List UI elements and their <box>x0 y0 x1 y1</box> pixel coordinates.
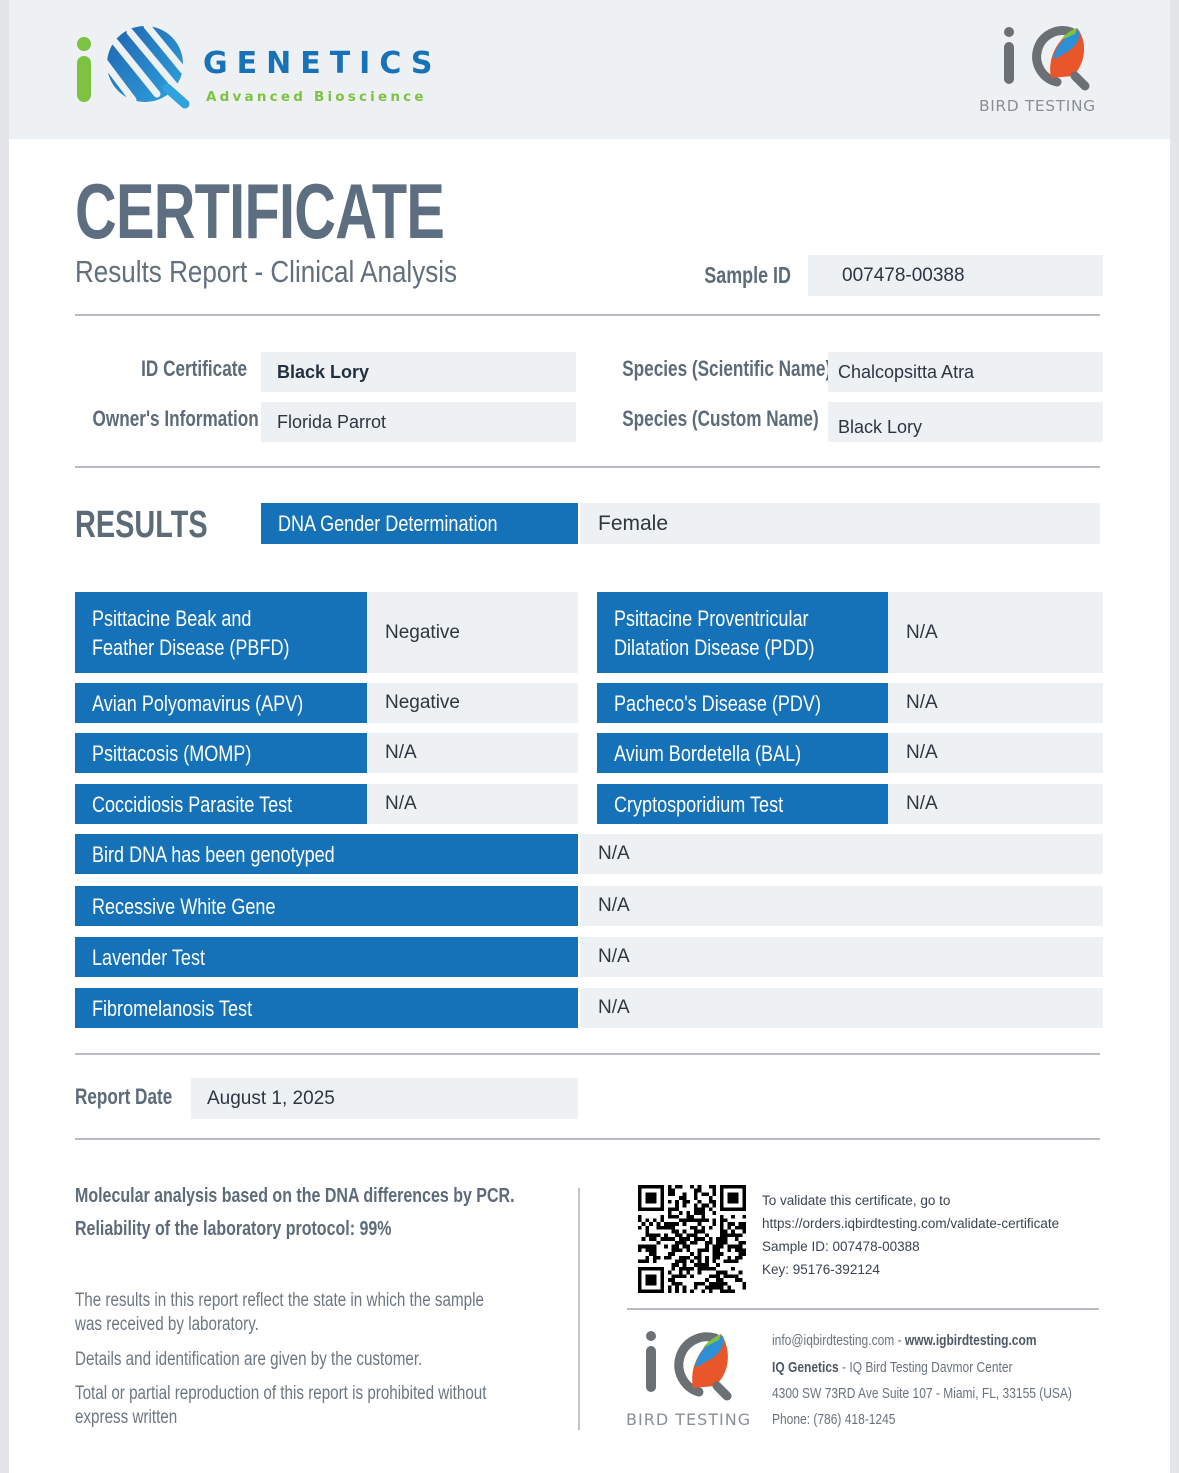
method-note: Molecular analysis based on the DNA diff… <box>75 1185 515 1208</box>
test-result: N/A <box>580 988 1103 1028</box>
divider <box>75 1138 1100 1140</box>
owner-info-field: Florida Parrot <box>261 402 576 442</box>
test-result: N/A <box>888 683 1103 723</box>
species-scientific-label: Species (Scientific Name) <box>622 356 811 382</box>
test-name: Fibromelanosis Test <box>75 988 578 1028</box>
validate-key: Key: 95176-392124 <box>762 1262 880 1277</box>
test-name: Psittacosis (MOMP) <box>75 733 367 773</box>
contact-company: IQ Genetics - IQ Bird Testing Davmor Cen… <box>772 1359 1013 1376</box>
report-date-label: Report Date <box>75 1084 172 1110</box>
validate-url-link[interactable]: https://orders.iqbirdtesting.com/validat… <box>762 1216 1059 1231</box>
sample-id-field: 007478-00388 <box>808 255 1103 296</box>
test-name: Avian Polyomavirus (APV) <box>75 683 367 723</box>
test-result: N/A <box>888 733 1103 773</box>
qr-code-icon[interactable] <box>638 1185 746 1293</box>
test-result: N/A <box>888 592 1103 673</box>
species-scientific-field: Chalcopsitta Atra <box>828 352 1103 392</box>
sample-id-label: Sample ID <box>649 262 791 289</box>
iq-bird-testing-footer-logo-icon <box>639 1322 739 1402</box>
id-certificate-field: Black Lory <box>261 352 576 392</box>
test-name: Psittacine Proventricular Dilatation Dis… <box>597 592 888 673</box>
report-date-field: August 1, 2025 <box>191 1078 578 1119</box>
page-title: CERTIFICATE <box>75 166 444 257</box>
test-result: Negative <box>367 592 578 673</box>
gender-test-label: DNA Gender Determination <box>261 503 578 544</box>
genetics-wordmark: GENETICS <box>203 46 442 81</box>
disclaimer-text: express written <box>75 1405 177 1430</box>
test-name: Recessive White Gene <box>75 886 578 926</box>
test-name: Bird DNA has been genotyped <box>75 834 578 874</box>
gender-result: Female <box>580 503 1100 544</box>
test-result: Negative <box>367 683 578 723</box>
divider <box>75 1053 1100 1055</box>
results-heading: RESULTS <box>75 504 208 547</box>
test-name: Lavender Test <box>75 937 578 977</box>
species-custom-label: Species (Custom Name) <box>622 406 811 432</box>
test-result: N/A <box>367 733 578 773</box>
test-name: Psittacine Beak and Feather Disease (PBF… <box>75 592 367 673</box>
page-subtitle: Results Report - Clinical Analysis <box>75 254 457 290</box>
species-custom-field: Black Lory <box>828 402 1103 442</box>
validate-instruction: To validate this certificate, go to <box>762 1193 950 1208</box>
disclaimer-text: Total or partial reproduction of this re… <box>75 1381 486 1406</box>
test-result: N/A <box>888 784 1103 824</box>
test-name: Pacheco's Disease (PDV) <box>597 683 888 723</box>
divider <box>627 1308 1099 1310</box>
bird-testing-wordmark: BIRD TESTING <box>979 97 1096 115</box>
disclaimer-text: Details and identification are given by … <box>75 1347 422 1372</box>
contact-phone: Phone: (786) 418-1245 <box>772 1411 895 1428</box>
footer-bird-testing-wordmark: BIRD TESTING <box>626 1410 751 1429</box>
test-result: N/A <box>367 784 578 824</box>
validate-sample-id: Sample ID: 007478-00388 <box>762 1239 920 1254</box>
divider <box>75 314 1100 316</box>
contact-address: 4300 SW 73RD Ave Suite 107 - Miami, FL, … <box>772 1385 1072 1402</box>
reliability-note: Reliability of the laboratory protocol: … <box>75 1218 392 1241</box>
disclaimer-text: was received by laboratory. <box>75 1312 259 1337</box>
divider <box>75 466 1100 468</box>
id-certificate-label: ID Certificate <box>93 356 247 382</box>
test-result: N/A <box>580 834 1103 874</box>
contact-email-website: info@iqbirdtesting.com - www.igbirdtesti… <box>772 1332 1036 1349</box>
genetics-tagline: Advanced Bioscience <box>206 89 427 105</box>
website-link[interactable]: www.igbirdtesting.com <box>905 1332 1037 1349</box>
vertical-divider <box>578 1188 580 1430</box>
test-name: Avium Bordetella (BAL) <box>597 733 888 773</box>
test-result: N/A <box>580 886 1103 926</box>
test-name: Coccidiosis Parasite Test <box>75 784 367 824</box>
disclaimer-text: The results in this report reflect the s… <box>75 1288 484 1313</box>
email-link[interactable]: info@iqbirdtesting.com <box>772 1332 894 1349</box>
test-name: Cryptosporidium Test <box>597 784 888 824</box>
owner-info-label: Owner's Information <box>93 406 247 432</box>
test-result: N/A <box>580 937 1103 977</box>
certificate-page: GENETICS Advanced Bioscience BIRD TESTIN… <box>9 0 1170 1473</box>
